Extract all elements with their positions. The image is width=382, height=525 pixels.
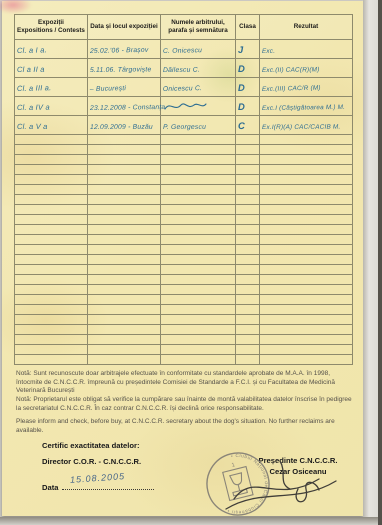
judge-cell: P. Georgescu [161, 116, 236, 135]
empty-table-row [15, 195, 353, 205]
date-cell [88, 155, 161, 165]
judge-cell [161, 165, 236, 175]
result-cell [260, 315, 353, 325]
expo-cell [15, 275, 88, 285]
exhibition-entry-row: Cl. a I a.25.02.'06 - BrașovC. OnicescuJ… [15, 40, 353, 59]
handwritten-text: Onicescu C. [163, 86, 202, 94]
result-cell [260, 355, 353, 365]
empty-table-row [15, 255, 353, 265]
date-cell [88, 245, 161, 255]
class-cell: D [236, 97, 260, 116]
date-cell [88, 305, 161, 315]
empty-table-row [15, 135, 353, 145]
judge-cell [161, 315, 236, 325]
result-cell: Exc.(II) CAC(R)(M) [260, 59, 353, 78]
class-cell [236, 295, 260, 305]
empty-table-row [15, 285, 353, 295]
date-cell [88, 235, 161, 245]
handwritten-text: D [238, 65, 245, 75]
judge-cell [161, 225, 236, 235]
certify-statement: Certific exactitatea datelor: [42, 441, 140, 450]
expo-cell [15, 345, 88, 355]
judge-cell [161, 255, 236, 265]
result-cell [260, 275, 353, 285]
class-cell [236, 275, 260, 285]
expo-cell [15, 285, 88, 295]
date-cell: – București [88, 78, 161, 97]
judge-cell [161, 145, 236, 155]
class-cell [236, 205, 260, 215]
result-cell [260, 215, 353, 225]
date-cell [88, 225, 161, 235]
expo-cell [15, 335, 88, 345]
result-cell [260, 235, 353, 245]
date-cell [88, 285, 161, 295]
result-cell [260, 285, 353, 295]
handwritten-text: Cl. a V a [17, 123, 48, 131]
result-cell: Exc.I (Câștigătoarea M.) M. [260, 97, 353, 116]
handwritten-text: Cl a II a [17, 66, 45, 74]
date-cell: 12.09.2009 - Buzău [88, 116, 161, 135]
handwritten-text: Cl. a IV a [17, 104, 50, 112]
date-cell [88, 355, 161, 365]
class-cell [236, 185, 260, 195]
empty-table-row [15, 235, 353, 245]
empty-table-row [15, 275, 353, 285]
scan-smudge [0, 0, 32, 14]
date-cell [88, 205, 161, 215]
expo-cell [15, 305, 88, 315]
expo-cell [15, 235, 88, 245]
exhibition-entry-row: Cl. a III a.– BucureștiOnicescu C.DExc.(… [15, 78, 353, 97]
expo-cell: Cl. a I a. [15, 40, 88, 59]
judge-cell [161, 345, 236, 355]
judge-cell: Onicescu C. [161, 78, 236, 97]
handwritten-text: Cl. a III a. [17, 84, 52, 92]
expo-cell [15, 195, 88, 205]
handwritten-text: P. Georgescu [163, 125, 206, 132]
empty-table-row [15, 295, 353, 305]
expo-cell [15, 175, 88, 185]
expo-cell [15, 135, 88, 145]
director-title: Director C.O.R. - C.N.C.C.R. [42, 457, 141, 466]
judge-cell: C. Onicescu [161, 40, 236, 59]
result-cell [260, 245, 353, 255]
class-cell: D [236, 59, 260, 78]
judge-cell [161, 265, 236, 275]
class-cell [236, 155, 260, 165]
judge-cell [161, 245, 236, 255]
header-result: Rezultat [260, 15, 353, 40]
result-cell [260, 265, 353, 275]
date-cell [88, 335, 161, 345]
class-cell [236, 195, 260, 205]
judge-cell [161, 295, 236, 305]
empty-table-row [15, 155, 353, 165]
judge-cell [161, 135, 236, 145]
class-cell [236, 335, 260, 345]
judge-cell [161, 235, 236, 245]
expo-cell [15, 185, 88, 195]
expo-cell: Cl. a V a [15, 116, 88, 135]
judge-cell [161, 215, 236, 225]
handwritten-text: 23.12.2008 - Constanța [90, 105, 166, 113]
result-cell: Exc.(III) CAC/R (M) [260, 78, 353, 97]
table-header-row: Expoziții Expositions / Contests Data și… [15, 15, 353, 40]
date-cell [88, 255, 161, 265]
note-english: Please inform and check, before buy, at … [16, 418, 356, 435]
judge-cell [161, 275, 236, 285]
judge-cell [161, 195, 236, 205]
date-cell [88, 175, 161, 185]
expo-cell [15, 245, 88, 255]
class-cell [236, 305, 260, 315]
paper-sheet: Expoziții Expositions / Contests Data și… [2, 1, 363, 516]
result-cell [260, 305, 353, 315]
class-cell [236, 255, 260, 265]
judge-cell [161, 335, 236, 345]
judge-cell: Dăilescu C. [161, 59, 236, 78]
handwritten-text: D [238, 84, 245, 94]
scanned-pedigree-page: Expoziții Expositions / Contests Data și… [0, 0, 382, 525]
judge-cell [161, 155, 236, 165]
date-cell [88, 295, 161, 305]
handwritten-text: Ex.I(R)(A) CAC/CACIB M. [262, 125, 340, 132]
judge-cell [161, 325, 236, 335]
date-cell [88, 165, 161, 175]
result-cell [260, 295, 353, 305]
date-label: Data [42, 483, 58, 492]
empty-table-row [15, 175, 353, 185]
handwritten-text: C [238, 122, 245, 132]
result-cell [260, 225, 353, 235]
class-cell [236, 215, 260, 225]
handwritten-text: C. Onicescu [163, 48, 202, 56]
empty-table-row [15, 345, 353, 355]
date-cell [88, 325, 161, 335]
exhibition-table-body: Cl. a I a.25.02.'06 - BrașovC. OnicescuJ… [15, 40, 353, 365]
judge-cell [161, 175, 236, 185]
handwritten-text: – București [90, 86, 126, 94]
empty-table-row [15, 225, 353, 235]
date-cell [88, 315, 161, 325]
header-judge: Numele arbitrului, parafa și semnătura [161, 15, 236, 40]
empty-table-row [15, 215, 353, 225]
date-cell: 25.02.'06 - Brașov [88, 40, 161, 59]
date-cell [88, 275, 161, 285]
date-cell: 5.11.06. Târgoviște [88, 59, 161, 78]
date-dotted-line: 15.08.2005 [62, 482, 154, 490]
expo-cell: Cl a II a [15, 59, 88, 78]
class-cell [236, 145, 260, 155]
handwritten-text: J [238, 46, 244, 56]
result-cell [260, 205, 353, 215]
handwritten-text: Exc.(III) CAC/R (M) [262, 86, 321, 94]
date-cell [88, 185, 161, 195]
result-cell: Exc. [260, 40, 353, 59]
expo-cell [15, 255, 88, 265]
empty-table-row [15, 245, 353, 255]
president-signature [224, 459, 349, 521]
class-cell [236, 175, 260, 185]
result-cell [260, 155, 353, 165]
result-cell [260, 325, 353, 335]
class-cell [236, 135, 260, 145]
handwritten-text: 5.11.06. Târgoviște [90, 67, 152, 74]
empty-table-row [15, 325, 353, 335]
handwritten-text: 12.09.2009 - Buzău [90, 125, 153, 132]
judge-cell [161, 305, 236, 315]
judge-cell [161, 355, 236, 365]
class-cell [236, 325, 260, 335]
handwritten-text: Cl. a I a. [17, 46, 47, 54]
date-cell [88, 215, 161, 225]
note-owner-obligation: Notă: Proprietarul este obligat să verif… [16, 396, 356, 413]
result-cell [260, 335, 353, 345]
header-expositions: Expoziții Expositions / Contests [15, 15, 88, 40]
expo-cell [15, 265, 88, 275]
judge-cell [161, 205, 236, 215]
note-standards: Notă: Sunt recunoscute doar arbitrajele … [16, 370, 356, 396]
expo-cell [15, 315, 88, 325]
class-cell: C [236, 116, 260, 135]
class-cell: J [236, 40, 260, 59]
date-line: Data15.08.2005 [42, 482, 154, 492]
handwritten-text: Exc.I (Câștigătoarea M.) M. [262, 105, 345, 113]
expo-cell [15, 355, 88, 365]
expo-cell: Cl. a III a. [15, 78, 88, 97]
empty-table-row [15, 165, 353, 175]
class-cell [236, 345, 260, 355]
empty-table-row [15, 145, 353, 155]
exhibition-entry-row: Cl. a V a12.09.2009 - BuzăuP. GeorgescuC… [15, 116, 353, 135]
class-cell [236, 225, 260, 235]
class-cell [236, 315, 260, 325]
expo-cell [15, 215, 88, 225]
result-cell [260, 145, 353, 155]
expo-cell [15, 295, 88, 305]
date-cell [88, 265, 161, 275]
date-cell [88, 195, 161, 205]
judge-cell [161, 97, 236, 116]
exhibition-entry-row: Cl. a IV a23.12.2008 - ConstanțaDExc.I (… [15, 97, 353, 116]
handwritten-text: Exc. [262, 49, 275, 56]
expo-cell [15, 145, 88, 155]
judge-cell [161, 285, 236, 295]
class-cell [236, 235, 260, 245]
result-cell [260, 345, 353, 355]
result-cell [260, 185, 353, 195]
expo-cell [15, 225, 88, 235]
header-date-place: Data și locul expoziției [88, 15, 161, 40]
scan-right-margin [363, 0, 378, 525]
scan-right-edge [378, 0, 382, 525]
class-cell: D [236, 78, 260, 97]
result-cell: Ex.I(R)(A) CAC/CACIB M. [260, 116, 353, 135]
date-cell [88, 145, 161, 155]
result-cell [260, 195, 353, 205]
handwritten-text: D [238, 103, 245, 113]
empty-table-row [15, 335, 353, 345]
empty-table-row [15, 265, 353, 275]
handwritten-date: 15.08.2005 [70, 471, 126, 485]
handwritten-text: Exc.(II) CAC(R)(M) [262, 67, 320, 74]
judge-cell [161, 185, 236, 195]
expo-cell [15, 205, 88, 215]
expo-cell [15, 325, 88, 335]
scan-bottom-edge [0, 517, 378, 525]
exhibition-results-table: Expoziții Expositions / Contests Data și… [14, 14, 353, 365]
result-cell [260, 135, 353, 145]
result-cell [260, 175, 353, 185]
judge-signature-scribble [163, 101, 207, 112]
handwritten-text: 25.02.'06 - Brașov [90, 48, 149, 56]
result-cell [260, 255, 353, 265]
date-cell: 23.12.2008 - Constanța [88, 97, 161, 116]
exhibition-entry-row: Cl a II a5.11.06. TârgovișteDăilescu C.D… [15, 59, 353, 78]
handwritten-text: Dăilescu C. [163, 68, 200, 75]
class-cell [236, 355, 260, 365]
empty-table-row [15, 185, 353, 195]
header-class: Clasa [236, 15, 260, 40]
class-cell [236, 285, 260, 295]
expo-cell [15, 165, 88, 175]
class-cell [236, 165, 260, 175]
expo-cell: Cl. a IV a [15, 97, 88, 116]
empty-table-row [15, 355, 353, 365]
date-cell [88, 135, 161, 145]
empty-table-row [15, 315, 353, 325]
date-cell [88, 345, 161, 355]
empty-table-row [15, 205, 353, 215]
expo-cell [15, 155, 88, 165]
empty-table-row [15, 305, 353, 315]
result-cell [260, 165, 353, 175]
class-cell [236, 245, 260, 255]
class-cell [236, 265, 260, 275]
